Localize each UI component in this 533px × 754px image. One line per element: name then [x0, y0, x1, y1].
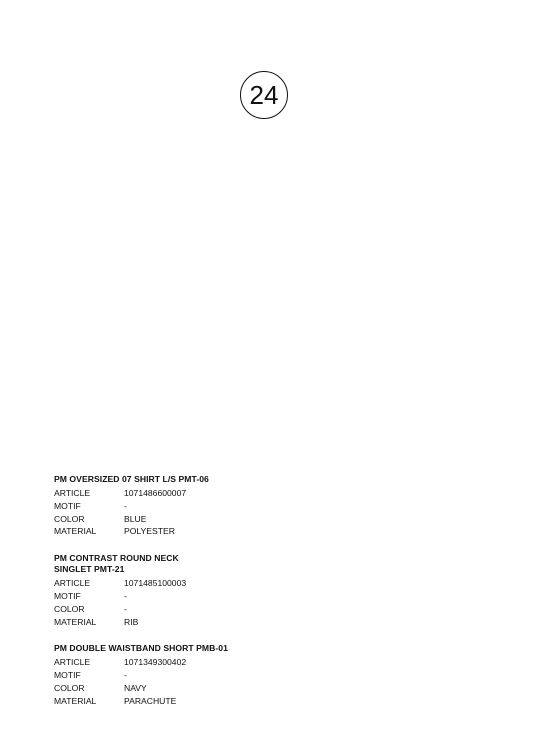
spec-label: ARTICLE [54, 656, 124, 669]
spec-value: NAVY [124, 682, 354, 695]
product-title: PM CONTRAST ROUND NECK SINGLET PMT-21 [54, 553, 194, 575]
product-title: PM OVERSIZED 07 SHIRT L/S PMT-06 [54, 474, 354, 485]
spec-label: MATERIAL [54, 525, 124, 538]
spec-value: 1071485100003 [124, 577, 354, 590]
spec-value: 1071486600007 [124, 487, 354, 500]
spec-value: - [124, 603, 354, 616]
spec-value: RIB [124, 616, 354, 629]
spec-row-color: COLOR - [54, 603, 354, 616]
spec-label: MOTIF [54, 500, 124, 513]
spec-label: COLOR [54, 603, 124, 616]
spec-label: ARTICLE [54, 577, 124, 590]
spec-label: ARTICLE [54, 487, 124, 500]
spec-value: - [124, 500, 354, 513]
spec-label: MOTIF [54, 669, 124, 682]
product-entry: PM CONTRAST ROUND NECK SINGLET PMT-21 AR… [54, 553, 354, 628]
spec-row-color: COLOR NAVY [54, 682, 354, 695]
product-entry: PM DOUBLE WAISTBAND SHORT PMB-01 ARTICLE… [54, 643, 354, 707]
spec-row-material: MATERIAL PARACHUTE [54, 695, 354, 708]
spec-row-article: ARTICLE 1071349300402 [54, 656, 354, 669]
spec-label: MATERIAL [54, 616, 124, 629]
spec-value: - [124, 590, 354, 603]
product-title: PM DOUBLE WAISTBAND SHORT PMB-01 [54, 643, 354, 654]
spec-row-article: ARTICLE 1071485100003 [54, 577, 354, 590]
spec-row-color: COLOR BLUE [54, 513, 354, 526]
spec-value: POLYESTER [124, 525, 354, 538]
spec-value: 1071349300402 [124, 656, 354, 669]
spec-label: MATERIAL [54, 695, 124, 708]
spec-row-motif: MOTIF - [54, 590, 354, 603]
page-number: 24 [250, 82, 279, 108]
spec-value: BLUE [124, 513, 354, 526]
spec-label: MOTIF [54, 590, 124, 603]
spec-row-article: ARTICLE 1071486600007 [54, 487, 354, 500]
page-number-badge: 24 [240, 71, 288, 119]
spec-label: COLOR [54, 682, 124, 695]
spec-label: COLOR [54, 513, 124, 526]
spec-row-motif: MOTIF - [54, 669, 354, 682]
product-entry: PM OVERSIZED 07 SHIRT L/S PMT-06 ARTICLE… [54, 474, 354, 538]
spec-row-material: MATERIAL RIB [54, 616, 354, 629]
spec-row-material: MATERIAL POLYESTER [54, 525, 354, 538]
spec-value: - [124, 669, 354, 682]
spec-value: PARACHUTE [124, 695, 354, 708]
spec-row-motif: MOTIF - [54, 500, 354, 513]
product-list: PM OVERSIZED 07 SHIRT L/S PMT-06 ARTICLE… [54, 474, 354, 723]
